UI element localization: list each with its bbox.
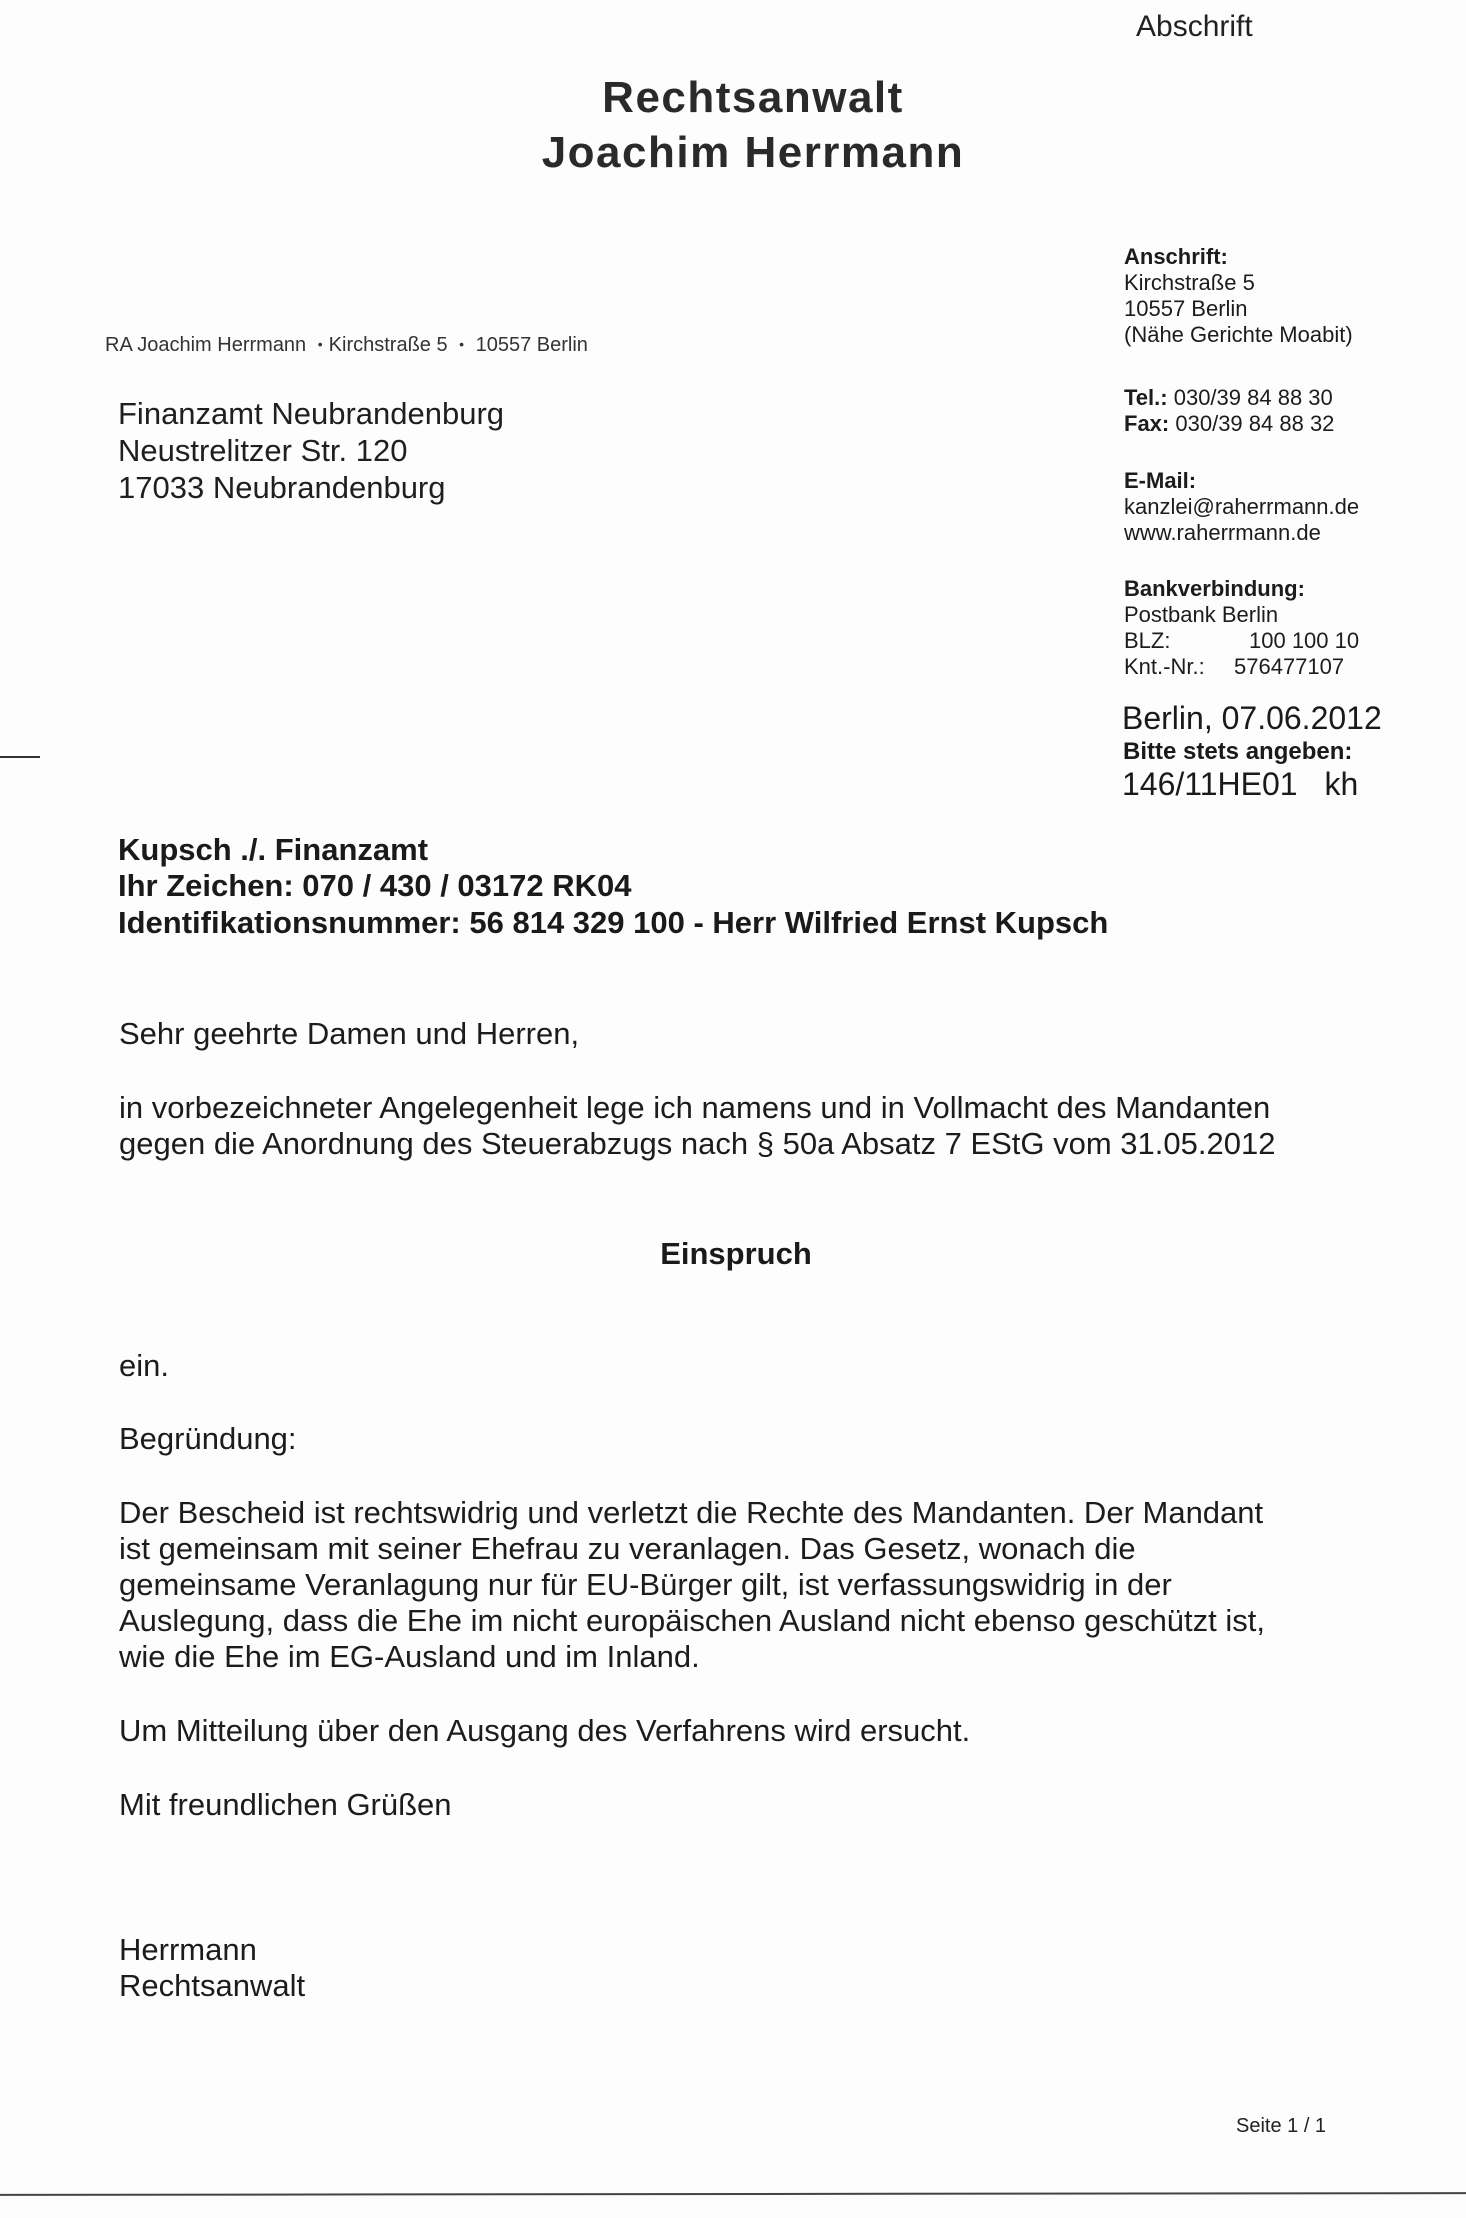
recipient-address: Finanzamt Neubrandenburg Neustrelitzer S… (118, 395, 504, 506)
bank-label: Bankverbindung: (1124, 576, 1359, 602)
copy-stamp: Abschrift (1136, 10, 1253, 44)
letterhead-name: Joachim Herrmann (20, 128, 1466, 178)
account-label: Knt.-Nr.: (1124, 654, 1234, 680)
recipient-name: Finanzamt Neubrandenburg (118, 395, 504, 432)
fax-label: Fax: (1124, 411, 1169, 436)
recipient-street: Neustrelitzer Str. 120 (118, 432, 504, 469)
tel-value: 030/39 84 88 30 (1174, 385, 1333, 410)
sidebar-phone: Tel.: 030/39 84 88 30 Fax: 030/39 84 88 … (1124, 385, 1334, 437)
reason-line: ist gemeinsam mit seiner Ehefrau zu vera… (119, 1531, 1265, 1567)
reference-value: 146/11HE01 kh (1122, 766, 1358, 803)
reason-line: Der Bescheid ist rechtswidrig und verlet… (119, 1495, 1265, 1531)
sidebar-email: E-Mail: kanzlei@raherrmann.de www.raherr… (1124, 468, 1359, 546)
fax-value: 030/39 84 88 32 (1175, 411, 1334, 436)
address-label: Anschrift: (1124, 244, 1353, 270)
objection-heading: Einspruch (0, 1236, 1466, 1272)
sidebar-bank: Bankverbindung: Postbank Berlin BLZ: 100… (1124, 576, 1359, 680)
address-line: 10557 Berlin (1124, 296, 1353, 322)
intro-paragraph: in vorbezeichneter Angelegenheit lege ic… (119, 1090, 1275, 1162)
signature-name: Herrmann (119, 1932, 305, 1968)
bank-name: Postbank Berlin (1124, 602, 1359, 628)
blz-label: BLZ: (1124, 628, 1234, 654)
subject-their-reference: Ihr Zeichen: 070 / 430 / 03172 RK04 (118, 868, 632, 904)
address-line: Kirchstraße 5 (1124, 270, 1353, 296)
request-paragraph: Um Mitteilung über den Ausgang des Verfa… (119, 1713, 970, 1749)
address-line: (Nähe Gerichte Moabit) (1124, 322, 1353, 348)
recipient-city: 17033 Neubrandenburg (118, 469, 504, 506)
blz-value: 100 100 10 (1234, 628, 1359, 654)
bottom-rule (0, 2192, 1466, 2196)
email-label: E-Mail: (1124, 468, 1359, 494)
sender-street: Kirchstraße 5 (329, 334, 448, 356)
subject-id-number: Identifikationsnummer: 56 814 329 100 - … (118, 905, 1108, 941)
reason-paragraph: Der Bescheid ist rechtswidrig und verlet… (119, 1495, 1265, 1675)
email-link[interactable]: kanzlei@raherrmann.de (1124, 494, 1359, 520)
reason-line: gemeinsame Veranlagung nur für EU-Bürger… (119, 1567, 1265, 1603)
letterhead-title: Rechtsanwalt (20, 73, 1466, 123)
closing: Mit freundlichen Grüßen (119, 1787, 452, 1823)
bullet-icon: • (318, 336, 323, 352)
sender-return-address: RA Joachim Herrmann •Kirchstraße 5 • 105… (105, 334, 588, 357)
intro-line: in vorbezeichneter Angelegenheit lege ic… (119, 1090, 1275, 1126)
sender-city: 10557 Berlin (476, 334, 588, 356)
reason-line: Auslegung, dass die Ehe im nicht europäi… (119, 1603, 1265, 1639)
signature-title: Rechtsanwalt (119, 1968, 305, 2004)
bullet-icon: • (459, 336, 464, 352)
tel-label: Tel.: (1124, 385, 1168, 410)
reason-line: wie die Ehe im EG-Ausland und im Inland. (119, 1639, 1265, 1675)
account-value: 576477107 (1234, 654, 1344, 680)
reference-label: Bitte stets angeben: (1123, 738, 1352, 766)
website-link[interactable]: www.raherrmann.de (1124, 520, 1359, 546)
sidebar-address: Anschrift: Kirchstraße 5 10557 Berlin (N… (1124, 244, 1353, 348)
signature-block: Herrmann Rechtsanwalt (119, 1932, 305, 2004)
fold-mark (0, 756, 40, 758)
page-number: Seite 1 / 1 (1236, 2115, 1326, 2138)
intro-line: gegen die Anordnung des Steuerabzugs nac… (119, 1126, 1275, 1162)
objection-ein: ein. (119, 1348, 169, 1384)
subject-case: Kupsch ./. Finanzamt (118, 832, 428, 868)
sender-name: RA Joachim Herrmann (105, 334, 306, 356)
reason-label: Begründung: (119, 1421, 297, 1457)
salutation: Sehr geehrte Damen und Herren, (119, 1016, 579, 1052)
letter-date: Berlin, 07.06.2012 (1122, 700, 1382, 737)
